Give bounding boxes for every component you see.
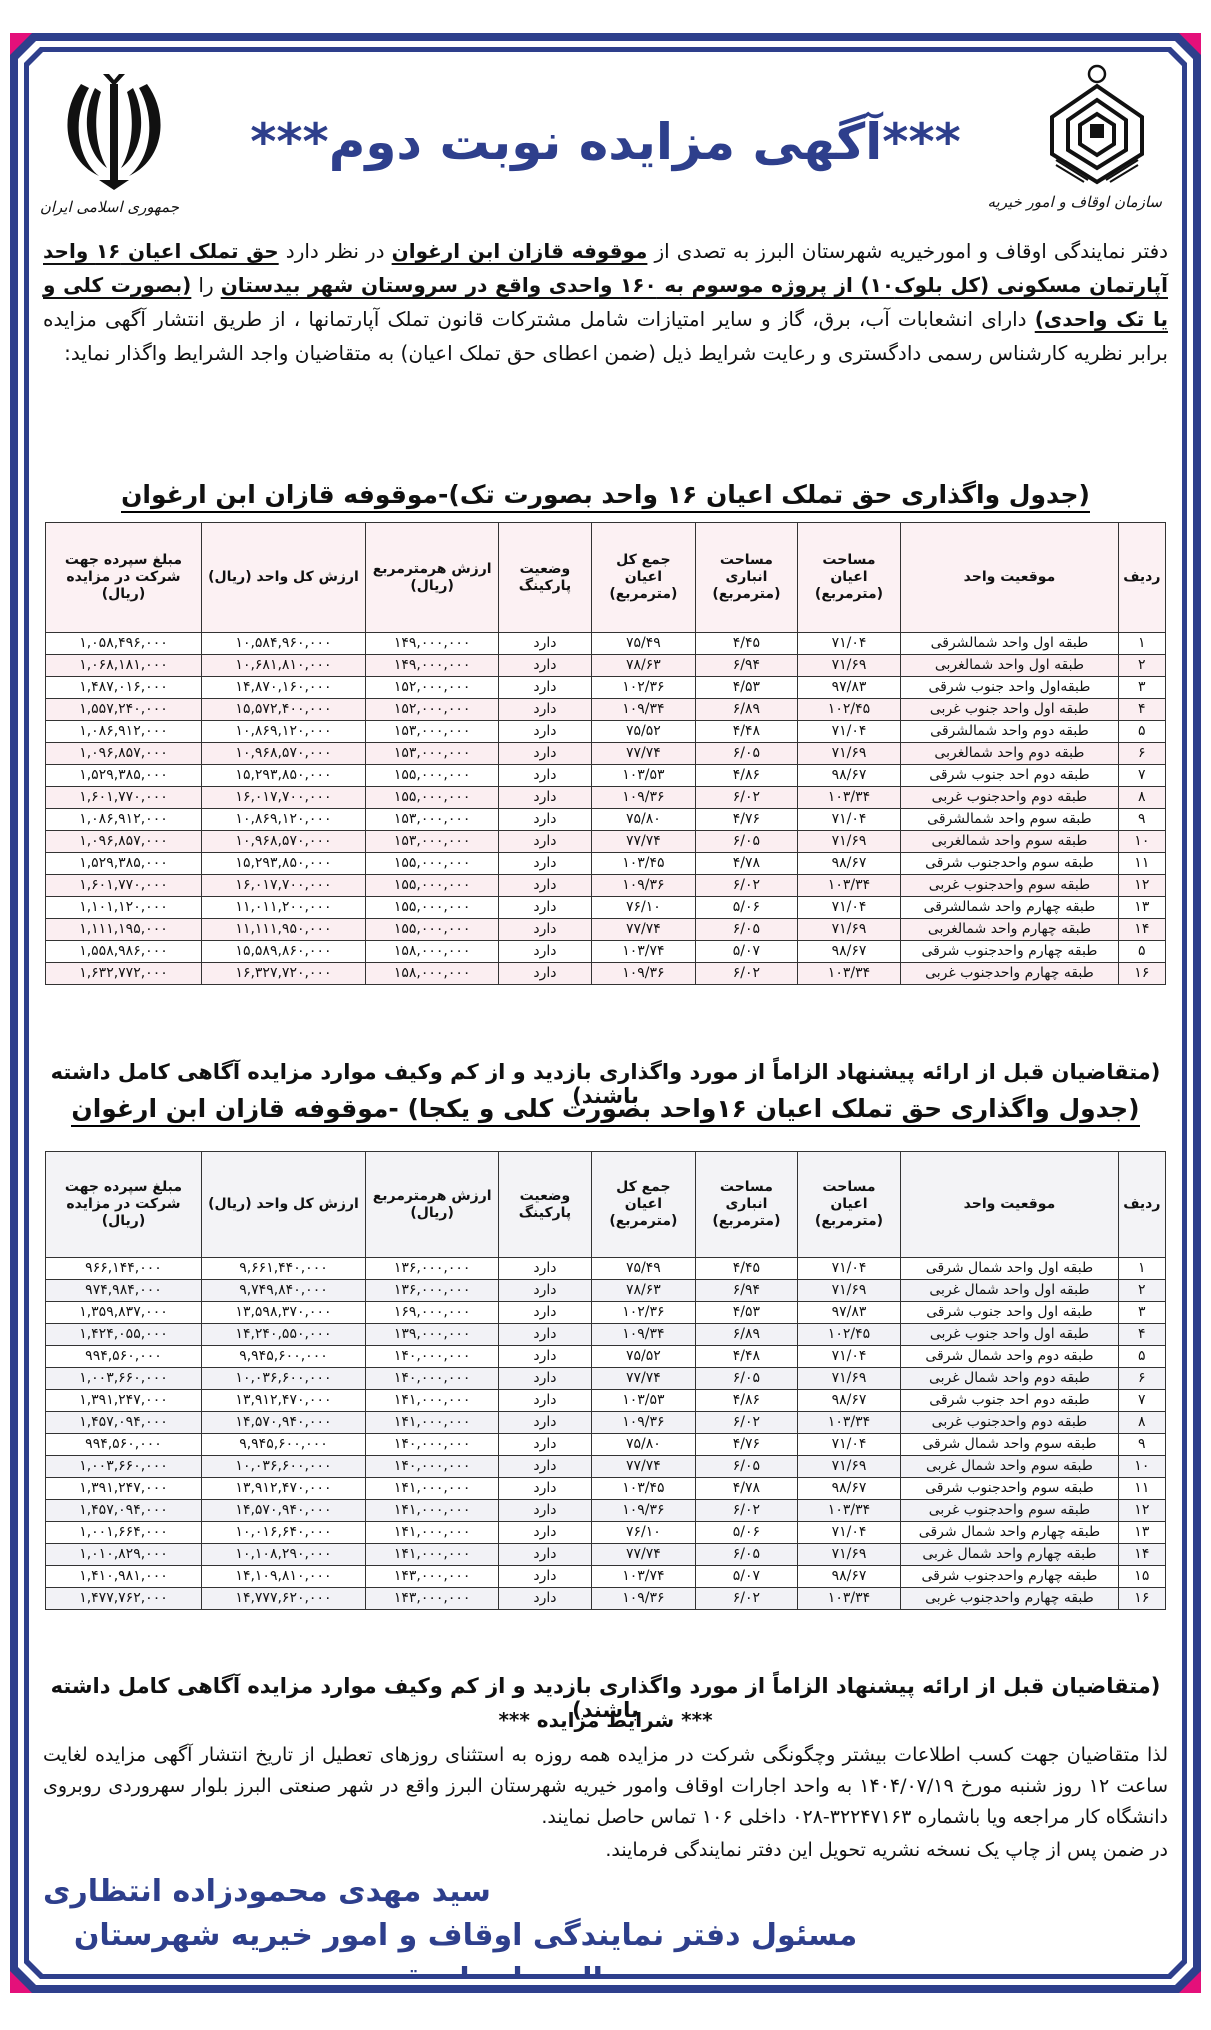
- table-cell: دارد: [499, 919, 591, 941]
- table-cell: ۱,۵۵۷,۲۴۰,۰۰۰: [46, 699, 202, 721]
- table-cell: ۶/۰۵: [696, 743, 798, 765]
- table-row: ۴طبقه اول واحد جنوب غربی۱۰۲/۴۵۶/۸۹۱۰۹/۳۴…: [46, 1324, 1166, 1346]
- table-cell: دارد: [499, 655, 591, 677]
- table-cell: ۱۴,۸۷۰,۱۶۰,۰۰۰: [201, 677, 365, 699]
- table-cell: طبقه دوم احد جنوب شرقی: [901, 765, 1118, 787]
- table-cell: ۱,۴۷۷,۷۶۲,۰۰۰: [46, 1588, 202, 1610]
- table-cell: ۷۱/۶۹: [797, 743, 901, 765]
- table-cell: ۱۵۵,۰۰۰,۰۰۰: [366, 787, 499, 809]
- table-row: ۱۰طبقه سوم واحد شمال غربی۷۱/۶۹۶/۰۵۷۷/۷۴د…: [46, 1456, 1166, 1478]
- table-cell: دارد: [499, 1500, 591, 1522]
- table-cell: ۱۰۲/۳۶: [591, 677, 696, 699]
- table-row: ۹طبقه سوم واحد شمال شرقی۷۱/۰۴۴/۷۶۷۵/۸۰دا…: [46, 1434, 1166, 1456]
- table-cell: دارد: [499, 1368, 591, 1390]
- table-cell: ۷: [1118, 765, 1165, 787]
- table-row: ۵طبقه چهارم واحدجنوب شرقی۹۸/۶۷۵/۰۷۱۰۳/۷۴…: [46, 941, 1166, 963]
- table-cell: ۱۴۱,۰۰۰,۰۰۰: [366, 1522, 499, 1544]
- col-header: ارزش کل واحد (ریال): [201, 523, 365, 633]
- table-cell: ۱۰۳/۵۳: [591, 765, 696, 787]
- table-cell: ۱۴: [1118, 1544, 1165, 1566]
- table-cell: ۱,۰۰۱,۶۶۴,۰۰۰: [46, 1522, 202, 1544]
- table-cell: دارد: [499, 963, 591, 985]
- page-title: ***آگهی مزایده نوبت دوم***: [199, 107, 1012, 177]
- table-cell: ۷۱/۶۹: [797, 919, 901, 941]
- table-cell: ۷۸/۶۳: [591, 655, 696, 677]
- table-cell: دارد: [499, 1478, 591, 1500]
- table-cell: طبقه چهارم واحد شمالشرقی: [901, 897, 1118, 919]
- table-cell: ۱۰۹/۳۶: [591, 1500, 696, 1522]
- table-cell: دارد: [499, 809, 591, 831]
- table-cell: ۱۵۳,۰۰۰,۰۰۰: [366, 721, 499, 743]
- table-cell: ۹: [1118, 809, 1165, 831]
- table-row: ۱۱طبقه سوم واحدجنوب شرقی۹۸/۶۷۴/۷۸۱۰۳/۴۵د…: [46, 1478, 1166, 1500]
- table-cell: ۶/۰۲: [696, 1588, 798, 1610]
- table-cell: ۱,۰۶۸,۱۸۱,۰۰۰: [46, 655, 202, 677]
- table-cell: ۱,۶۰۱,۷۷۰,۰۰۰: [46, 787, 202, 809]
- table-cell: ۶: [1118, 1368, 1165, 1390]
- table-row: ۷طبقه دوم احد جنوب شرقی۹۸/۶۷۴/۸۶۱۰۳/۵۳دا…: [46, 765, 1166, 787]
- col-header: مساحت انباری (مترمربع): [696, 523, 798, 633]
- table-cell: ۱۱: [1118, 853, 1165, 875]
- iran-emblem: جمهوری اسلامی ایران: [49, 64, 179, 224]
- table-cell: طبقه اول واحد شمالغربی: [901, 655, 1118, 677]
- table-cell: ۱۴۹,۰۰۰,۰۰۰: [366, 655, 499, 677]
- col-header: موقعیت واحد: [901, 1152, 1118, 1258]
- table1-caption: (جدول واگذاری حق تملک اعیان ۱۶ واحد بصور…: [43, 480, 1168, 509]
- table-row: ۸طبقه دوم واحدجنوب غربی۱۰۳/۳۴۶/۰۲۱۰۹/۳۶د…: [46, 1412, 1166, 1434]
- table-cell: ۷۵/۸۰: [591, 809, 696, 831]
- col-header: ردیف: [1118, 1152, 1165, 1258]
- table-cell: دارد: [499, 831, 591, 853]
- table-cell: دارد: [499, 765, 591, 787]
- table-cell: ۱۰,۸۶۹,۱۲۰,۰۰۰: [201, 809, 365, 831]
- table-cell: ۵: [1118, 1346, 1165, 1368]
- table-cell: طبقه چهارم واحدجنوب غربی: [901, 1588, 1118, 1610]
- table-cell: دارد: [499, 875, 591, 897]
- table-cell: ۱,۶۳۲,۷۷۲,۰۰۰: [46, 963, 202, 985]
- table-cell: ۶/۰۲: [696, 787, 798, 809]
- table-single-units: ردیف موقعیت واحد مساحت اعیان (مترمربع) م…: [45, 522, 1166, 985]
- table-cell: ۱۰۹/۳۴: [591, 699, 696, 721]
- table-cell: ۱۶,۰۱۷,۷۰۰,۰۰۰: [201, 875, 365, 897]
- table-cell: ۱,۱۰۱,۱۲۰,۰۰۰: [46, 897, 202, 919]
- table-cell: ۱۰۳/۳۴: [797, 1500, 901, 1522]
- table-cell: طبقه اول واحد شمال غربی: [901, 1280, 1118, 1302]
- table-row: ۱طبقه اول واحد شمالشرقی۷۱/۰۴۴/۴۵۷۵/۴۹دار…: [46, 633, 1166, 655]
- table-row: ۱۶طبقه چهارم واحدجنوب غربی۱۰۳/۳۴۶/۰۲۱۰۹/…: [46, 1588, 1166, 1610]
- table-cell: دارد: [499, 1280, 591, 1302]
- table-cell: ۶/۰۵: [696, 1456, 798, 1478]
- table-cell: ۱۴,۱۰۹,۸۱۰,۰۰۰: [201, 1566, 365, 1588]
- table-cell: ۴/۸۶: [696, 765, 798, 787]
- table-cell: دارد: [499, 1324, 591, 1346]
- table-cell: دارد: [499, 1566, 591, 1588]
- table-cell: ۱,۰۰۳,۶۶۰,۰۰۰: [46, 1456, 202, 1478]
- table-cell: ۱۳۶,۰۰۰,۰۰۰: [366, 1258, 499, 1280]
- table-cell: ۱,۵۵۸,۹۸۶,۰۰۰: [46, 941, 202, 963]
- table-cell: دارد: [499, 787, 591, 809]
- table-cell: ۱۴۱,۰۰۰,۰۰۰: [366, 1390, 499, 1412]
- endowment-name: موقوفه قازان ابن ارغوان: [392, 239, 648, 263]
- table-cell: ۳: [1118, 1302, 1165, 1324]
- table-cell: ۱۰,۶۸۱,۸۱۰,۰۰۰: [201, 655, 365, 677]
- table-cell: ۱۰,۰۳۶,۶۰۰,۰۰۰: [201, 1368, 365, 1390]
- table-cell: ۷۷/۷۴: [591, 919, 696, 941]
- table-cell: ۸: [1118, 787, 1165, 809]
- table-cell: ۹۸/۶۷: [797, 1478, 901, 1500]
- table-cell: ۱۰۹/۳۶: [591, 1412, 696, 1434]
- table-cell: ۶/۰۲: [696, 1412, 798, 1434]
- table-cell: طبقه چهارم واحدجنوب شرقی: [901, 941, 1118, 963]
- table-cell: ۵/۰۶: [696, 1522, 798, 1544]
- table-cell: ۷۱/۰۴: [797, 1258, 901, 1280]
- table-row: ۱۲طبقه سوم واحدجنوب غربی۱۰۳/۳۴۶/۰۲۱۰۹/۳۶…: [46, 1500, 1166, 1522]
- table-cell: دارد: [499, 1390, 591, 1412]
- table-cell: طبقه دوم واحد شمالشرقی: [901, 721, 1118, 743]
- table-cell: ۱۵: [1118, 1566, 1165, 1588]
- conditions-note: در ضمن پس از چاپ یک نسخه نشریه تحویل این…: [43, 1835, 1168, 1866]
- table-cell: ۹۸/۶۷: [797, 1390, 901, 1412]
- table-cell: طبقه اول واحد شمال شرقی: [901, 1258, 1118, 1280]
- table-cell: ۱۰۹/۳۶: [591, 963, 696, 985]
- table-cell: ۷۱/۰۴: [797, 1434, 901, 1456]
- table-cell: طبقه دوم واحد شمال شرقی: [901, 1346, 1118, 1368]
- intro-paragraph: دفتر نمایندگی اوقاف و امورخیریه شهرستان …: [43, 234, 1168, 370]
- table-row: ۷طبقه دوم احد جنوب شرقی۹۸/۶۷۴/۸۶۱۰۳/۵۳دا…: [46, 1390, 1166, 1412]
- table-cell: ۱۴۰,۰۰۰,۰۰۰: [366, 1456, 499, 1478]
- awqaf-emblem-icon: [1042, 62, 1152, 187]
- table-cell: دارد: [499, 677, 591, 699]
- table-cell: ۱۰,۰۱۶,۶۴۰,۰۰۰: [201, 1522, 365, 1544]
- table-cell: ۱۰,۱۰۸,۲۹۰,۰۰۰: [201, 1544, 365, 1566]
- table-cell: ۱,۰۱۰,۸۲۹,۰۰۰: [46, 1544, 202, 1566]
- col-header: مساحت اعیان (مترمربع): [797, 1152, 901, 1258]
- table-cell: ۹۸/۶۷: [797, 765, 901, 787]
- table-cell: ۶/۰۵: [696, 831, 798, 853]
- table-cell: ۴: [1118, 699, 1165, 721]
- table-cell: طبقه دوم واحدجنوب غربی: [901, 787, 1118, 809]
- signatory-name: سید مهدی محمودزاده انتظاری: [43, 1870, 572, 1914]
- table-cell: ۱۵۸,۰۰۰,۰۰۰: [366, 963, 499, 985]
- table-cell: ۶/۹۴: [696, 655, 798, 677]
- table-cell: ۱,۱۱۱,۱۹۵,۰۰۰: [46, 919, 202, 941]
- table-cell: دارد: [499, 1302, 591, 1324]
- table-cell: ۱۳,۹۱۲,۴۷۰,۰۰۰: [201, 1390, 365, 1412]
- table-cell: ۴: [1118, 1324, 1165, 1346]
- table-cell: ۱۰۲/۳۶: [591, 1302, 696, 1324]
- table-cell: ۷۱/۶۹: [797, 1456, 901, 1478]
- table-cell: ۱,۴۲۴,۰۵۵,۰۰۰: [46, 1324, 202, 1346]
- conditions-title: *** شرایط مزایده ***: [29, 1708, 1182, 1732]
- table-cell: ۱۱,۱۱۱,۹۵۰,۰۰۰: [201, 919, 365, 941]
- col-header: ردیف: [1118, 523, 1165, 633]
- table-cell: ۶/۰۲: [696, 963, 798, 985]
- table-cell: ۴/۷۶: [696, 1434, 798, 1456]
- iran-emblem-icon: [59, 64, 169, 192]
- table-cell: ۳: [1118, 677, 1165, 699]
- table-cell: دارد: [499, 897, 591, 919]
- table-cell: ۱,۳۵۹,۸۳۷,۰۰۰: [46, 1302, 202, 1324]
- table-cell: ۷۷/۷۴: [591, 743, 696, 765]
- table-cell: ۹۹۴,۵۶۰,۰۰۰: [46, 1434, 202, 1456]
- table-cell: ۱۴,۵۷۰,۹۴۰,۰۰۰: [201, 1412, 365, 1434]
- table-cell: ۱۵,۵۸۹,۸۶۰,۰۰۰: [201, 941, 365, 963]
- table-cell: ۱۴۰,۰۰۰,۰۰۰: [366, 1434, 499, 1456]
- table-cell: ۷۱/۰۴: [797, 809, 901, 831]
- table-cell: ۶/۸۹: [696, 1324, 798, 1346]
- col-header: جمع کل اعیان (مترمربع): [591, 523, 696, 633]
- table-cell: ۵/۰۷: [696, 1566, 798, 1588]
- table-cell: ۱۵۵,۰۰۰,۰۰۰: [366, 875, 499, 897]
- table-cell: ۷۱/۰۴: [797, 721, 901, 743]
- table-header-row: ردیف موقعیت واحد مساحت اعیان (مترمربع) م…: [46, 1152, 1166, 1258]
- table-cell: ۷۶/۱۰: [591, 897, 696, 919]
- col-header: وضعیت پارکینگ: [499, 523, 591, 633]
- table-cell: ۱۰۳/۴۵: [591, 853, 696, 875]
- table-cell: ۱,۰۹۶,۸۵۷,۰۰۰: [46, 743, 202, 765]
- table-cell: دارد: [499, 699, 591, 721]
- table-cell: ۱۰,۸۶۹,۱۲۰,۰۰۰: [201, 721, 365, 743]
- table-cell: دارد: [499, 1258, 591, 1280]
- table-cell: ۱۴: [1118, 919, 1165, 941]
- table-cell: ۱: [1118, 1258, 1165, 1280]
- table-cell: ۱۳,۵۹۸,۳۷۰,۰۰۰: [201, 1302, 365, 1324]
- table-cell: طبقه سوم واحدجنوب شرقی: [901, 853, 1118, 875]
- table-cell: طبقه اول واحد جنوب شرقی: [901, 1302, 1118, 1324]
- table-cell: ۱۶,۰۱۷,۷۰۰,۰۰۰: [201, 787, 365, 809]
- table-cell: ۱۰,۹۶۸,۵۷۰,۰۰۰: [201, 743, 365, 765]
- table-cell: ۷۶/۱۰: [591, 1522, 696, 1544]
- table-cell: ۱: [1118, 633, 1165, 655]
- table-row: ۱۳طبقه چهارم واحد شمال شرقی۷۱/۰۴۵/۰۶۷۶/۱…: [46, 1522, 1166, 1544]
- table-cell: ۱۳: [1118, 897, 1165, 919]
- table-cell: ۱۳,۹۱۲,۴۷۰,۰۰۰: [201, 1478, 365, 1500]
- table-cell: ۷۱/۰۴: [797, 897, 901, 919]
- conditions-body: لذا متقاضیان جهت کسب اطلاعات بیشتر وچگون…: [43, 1740, 1168, 1833]
- table-cell: ۴/۵۳: [696, 677, 798, 699]
- table-cell: دارد: [499, 721, 591, 743]
- table-cell: ۵/۰۶: [696, 897, 798, 919]
- table-cell: ۷۱/۶۹: [797, 831, 901, 853]
- col-header: مبلغ سپرده جهت شرکت در مزایده (ریال): [46, 1152, 202, 1258]
- table-row: ۴طبقه اول واحد جنوب غربی۱۰۲/۴۵۶/۸۹۱۰۹/۳۴…: [46, 699, 1166, 721]
- table-cell: طبقه چهارم واحدجنوب غربی: [901, 963, 1118, 985]
- table-cell: ۱۶: [1118, 1588, 1165, 1610]
- table-cell: دارد: [499, 1434, 591, 1456]
- table-cell: طبقه چهارم واحد شمال شرقی: [901, 1522, 1118, 1544]
- table-cell: طبقه سوم واحد شمال شرقی: [901, 1434, 1118, 1456]
- table-cell: ۱۰۹/۳۴: [591, 1324, 696, 1346]
- col-header: مساحت انباری (مترمربع): [696, 1152, 798, 1258]
- table-cell: ۱۰,۰۳۶,۶۰۰,۰۰۰: [201, 1456, 365, 1478]
- table-cell: ۱۰: [1118, 1456, 1165, 1478]
- table-cell: ۶/۰۲: [696, 875, 798, 897]
- table-row: ۲طبقه اول واحد شمال غربی۷۱/۶۹۶/۹۴۷۸/۶۳دا…: [46, 1280, 1166, 1302]
- table-cell: ۱۰۲/۴۵: [797, 699, 901, 721]
- table2-caption: (جدول واگذاری حق تملک اعیان ۱۶واحد بصورت…: [43, 1094, 1168, 1123]
- table-cell: ۶: [1118, 743, 1165, 765]
- table-cell: ۱۴,۵۷۰,۹۴۰,۰۰۰: [201, 1500, 365, 1522]
- table-cell: ۱,۴۵۷,۰۹۴,۰۰۰: [46, 1500, 202, 1522]
- table-cell: ۷۸/۶۳: [591, 1280, 696, 1302]
- table-cell: ۵/۰۷: [696, 941, 798, 963]
- table-cell: طبقه سوم واحد شمالشرقی: [901, 809, 1118, 831]
- table-cell: طبقه چهارم واحد شمالغربی: [901, 919, 1118, 941]
- table-cell: ۱۰,۹۶۸,۵۷۰,۰۰۰: [201, 831, 365, 853]
- table-cell: ۱,۴۵۷,۰۹۴,۰۰۰: [46, 1412, 202, 1434]
- table-cell: ۴/۴۸: [696, 1346, 798, 1368]
- table-cell: ۶/۰۵: [696, 919, 798, 941]
- table-cell: طبقه چهارم واحدجنوب شرقی: [901, 1566, 1118, 1588]
- table-cell: ۱۲: [1118, 875, 1165, 897]
- table-cell: ۱۴,۲۴۰,۵۵۰,۰۰۰: [201, 1324, 365, 1346]
- table-row: ۱۴طبقه چهارم واحد شمال غربی۷۱/۶۹۶/۰۵۷۷/۷…: [46, 1544, 1166, 1566]
- col-header: موقعیت واحد: [901, 523, 1118, 633]
- table-cell: دارد: [499, 1412, 591, 1434]
- table-cell: ۷۱/۰۴: [797, 1346, 901, 1368]
- table-cell: ۱۰۳/۷۴: [591, 941, 696, 963]
- table-cell: ۱,۵۲۹,۳۸۵,۰۰۰: [46, 765, 202, 787]
- table-cell: ۱۴۹,۰۰۰,۰۰۰: [366, 633, 499, 655]
- table-cell: دارد: [499, 1522, 591, 1544]
- col-header: مبلغ سپرده جهت شرکت در مزایده (ریال): [46, 523, 202, 633]
- table-cell: ۱۱,۰۱۱,۲۰۰,۰۰۰: [201, 897, 365, 919]
- table-cell: ۱۲: [1118, 1500, 1165, 1522]
- col-header: ارزش هرمترمربع (ریال): [366, 1152, 499, 1258]
- table-cell: ۱۰۳/۵۳: [591, 1390, 696, 1412]
- table-cell: ۹۷۴,۹۸۴,۰۰۰: [46, 1280, 202, 1302]
- table-cell: ۷: [1118, 1390, 1165, 1412]
- table-cell: طبقه سوم واحدجنوب غربی: [901, 1500, 1118, 1522]
- table-cell: ۱۰۳/۳۴: [797, 1412, 901, 1434]
- table-cell: ۱۰۳/۳۴: [797, 875, 901, 897]
- table-cell: ۹۸/۶۷: [797, 941, 901, 963]
- table-cell: طبقه دوم احد جنوب شرقی: [901, 1390, 1118, 1412]
- table-cell: ۱,۳۹۱,۲۴۷,۰۰۰: [46, 1478, 202, 1500]
- table-cell: ۷۱/۶۹: [797, 1544, 901, 1566]
- table-cell: ۹۷/۸۳: [797, 1302, 901, 1324]
- table-cell: ۱,۴۱۰,۹۸۱,۰۰۰: [46, 1566, 202, 1588]
- table-row: ۸طبقه دوم واحدجنوب غربی۱۰۳/۳۴۶/۰۲۱۰۹/۳۶د…: [46, 787, 1166, 809]
- table-cell: ۱۴۱,۰۰۰,۰۰۰: [366, 1500, 499, 1522]
- table-cell: ۱۰,۵۸۴,۹۶۰,۰۰۰: [201, 633, 365, 655]
- table-cell: ۱۵,۲۹۳,۸۵۰,۰۰۰: [201, 853, 365, 875]
- table-cell: ۷۱/۶۹: [797, 1368, 901, 1390]
- table-cell: ۱,۶۰۱,۷۷۰,۰۰۰: [46, 875, 202, 897]
- table-cell: ۶/۸۹: [696, 699, 798, 721]
- table-cell: طبقه سوم واحد شمالغربی: [901, 831, 1118, 853]
- table-cell: ۱۰۳/۷۴: [591, 1566, 696, 1588]
- table-cell: ۱۴۱,۰۰۰,۰۰۰: [366, 1544, 499, 1566]
- table-cell: ۵: [1118, 721, 1165, 743]
- table-cell: ۴/۴۵: [696, 633, 798, 655]
- table-row: ۱۵طبقه چهارم واحدجنوب شرقی۹۸/۶۷۵/۰۷۱۰۳/۷…: [46, 1566, 1166, 1588]
- table-cell: ۱,۰۵۸,۴۹۶,۰۰۰: [46, 633, 202, 655]
- table-cell: ۱۴۱,۰۰۰,۰۰۰: [366, 1478, 499, 1500]
- table-cell: ۱۰۲/۴۵: [797, 1324, 901, 1346]
- table-cell: ۱۵۳,۰۰۰,۰۰۰: [366, 809, 499, 831]
- table-cell: ۱,۰۹۶,۸۵۷,۰۰۰: [46, 831, 202, 853]
- table-cell: طبقه اول واحد جنوب غربی: [901, 1324, 1118, 1346]
- table-cell: ۱۵,۵۷۲,۴۰۰,۰۰۰: [201, 699, 365, 721]
- table-cell: ۷۷/۷۴: [591, 1456, 696, 1478]
- table-cell: ۱۵۳,۰۰۰,۰۰۰: [366, 831, 499, 853]
- table-row: ۶طبقه دوم واحد شمال غربی۷۱/۶۹۶/۰۵۷۷/۷۴دا…: [46, 1368, 1166, 1390]
- table-cell: ۷۵/۴۹: [591, 633, 696, 655]
- table-row: ۳طبقه اول واحد جنوب شرقی۹۷/۸۳۴/۵۳۱۰۲/۳۶د…: [46, 1302, 1166, 1324]
- table-cell: ۹۷/۸۳: [797, 677, 901, 699]
- table-cell: ۱۵۲,۰۰۰,۰۰۰: [366, 699, 499, 721]
- table-cell: ۶/۰۵: [696, 1544, 798, 1566]
- table-cell: ۱,۰۰۳,۶۶۰,۰۰۰: [46, 1368, 202, 1390]
- table-cell: ۹,۷۴۹,۸۴۰,۰۰۰: [201, 1280, 365, 1302]
- table-cell: ۱۰۳/۴۵: [591, 1478, 696, 1500]
- table-cell: ۱۳۶,۰۰۰,۰۰۰: [366, 1280, 499, 1302]
- table-cell: ۶/۰۵: [696, 1368, 798, 1390]
- table-row: ۶طبقه دوم واحد شمالغربی۷۱/۶۹۶/۰۵۷۷/۷۴دار…: [46, 743, 1166, 765]
- table-cell: طبقه دوم واحد شمال غربی: [901, 1368, 1118, 1390]
- table-cell: ۱,۰۸۶,۹۱۲,۰۰۰: [46, 721, 202, 743]
- table-cell: طبقه سوم واحدجنوب غربی: [901, 875, 1118, 897]
- table-cell: ۱۵۲,۰۰۰,۰۰۰: [366, 677, 499, 699]
- table-cell: ۷۱/۰۴: [797, 633, 901, 655]
- table-cell: ۴/۴۸: [696, 721, 798, 743]
- table-cell: ۹۸/۶۷: [797, 1566, 901, 1588]
- col-header: ارزش کل واحد (ریال): [201, 1152, 365, 1258]
- table-cell: ۱۰۳/۳۴: [797, 1588, 901, 1610]
- table-row: ۲طبقه اول واحد شمالغربی۷۱/۶۹۶/۹۴۷۸/۶۳دار…: [46, 655, 1166, 677]
- table-cell: ۷۷/۷۴: [591, 1368, 696, 1390]
- table-cell: ۶/۰۲: [696, 1500, 798, 1522]
- table-cell: ۱۴۳,۰۰۰,۰۰۰: [366, 1566, 499, 1588]
- table-cell: ۱۶: [1118, 963, 1165, 985]
- table-cell: طبقه دوم واحدجنوب غربی: [901, 1412, 1118, 1434]
- notice-document: سازمان اوقاف و امور خیریه جمهوری اسلامی …: [29, 52, 1182, 1974]
- table-cell: ۴/۸۶: [696, 1390, 798, 1412]
- table-cell: ۱۵۵,۰۰۰,۰۰۰: [366, 765, 499, 787]
- table-cell: ۲: [1118, 1280, 1165, 1302]
- table-cell: ۱۵۸,۰۰۰,۰۰۰: [366, 941, 499, 963]
- table-cell: ۱۰۹/۳۶: [591, 1588, 696, 1610]
- table-cell: ۷۵/۵۲: [591, 721, 696, 743]
- table-cell: ۷۵/۸۰: [591, 1434, 696, 1456]
- table-cell: ۱۴۰,۰۰۰,۰۰۰: [366, 1368, 499, 1390]
- table-cell: دارد: [499, 941, 591, 963]
- col-header: ارزش هرمترمربع (ریال): [366, 523, 499, 633]
- table-cell: ۱۴,۷۷۷,۶۲۰,۰۰۰: [201, 1588, 365, 1610]
- table-cell: دارد: [499, 1544, 591, 1566]
- table-cell: طبقه اول واحد جنوب غربی: [901, 699, 1118, 721]
- col-header: وضعیت پارکینگ: [499, 1152, 591, 1258]
- table-cell: ۱۰۹/۳۶: [591, 875, 696, 897]
- table-cell: ۷۵/۴۹: [591, 1258, 696, 1280]
- table-cell: ۹,۶۶۱,۴۴۰,۰۰۰: [201, 1258, 365, 1280]
- table-cell: دارد: [499, 743, 591, 765]
- table-cell: دارد: [499, 1456, 591, 1478]
- table-cell: طبقه اول واحد شمالشرقی: [901, 633, 1118, 655]
- table-cell: ۹,۹۴۵,۶۰۰,۰۰۰: [201, 1434, 365, 1456]
- table-cell: ۷۱/۰۴: [797, 1522, 901, 1544]
- table-cell: طبقه سوم واحد شمال غربی: [901, 1456, 1118, 1478]
- table-cell: ۷۷/۷۴: [591, 831, 696, 853]
- table-cell: ۱۰۳/۳۴: [797, 787, 901, 809]
- table-cell: ۱۵۵,۰۰۰,۰۰۰: [366, 853, 499, 875]
- table-cell: ۱,۰۸۶,۹۱۲,۰۰۰: [46, 809, 202, 831]
- table-row: ۱۳طبقه چهارم واحد شمالشرقی۷۱/۰۴۵/۰۶۷۶/۱۰…: [46, 897, 1166, 919]
- table-cell: طبقه سوم واحدجنوب شرقی: [901, 1478, 1118, 1500]
- table-cell: ۱۳۹,۰۰۰,۰۰۰: [366, 1324, 499, 1346]
- table-cell: ۸: [1118, 1412, 1165, 1434]
